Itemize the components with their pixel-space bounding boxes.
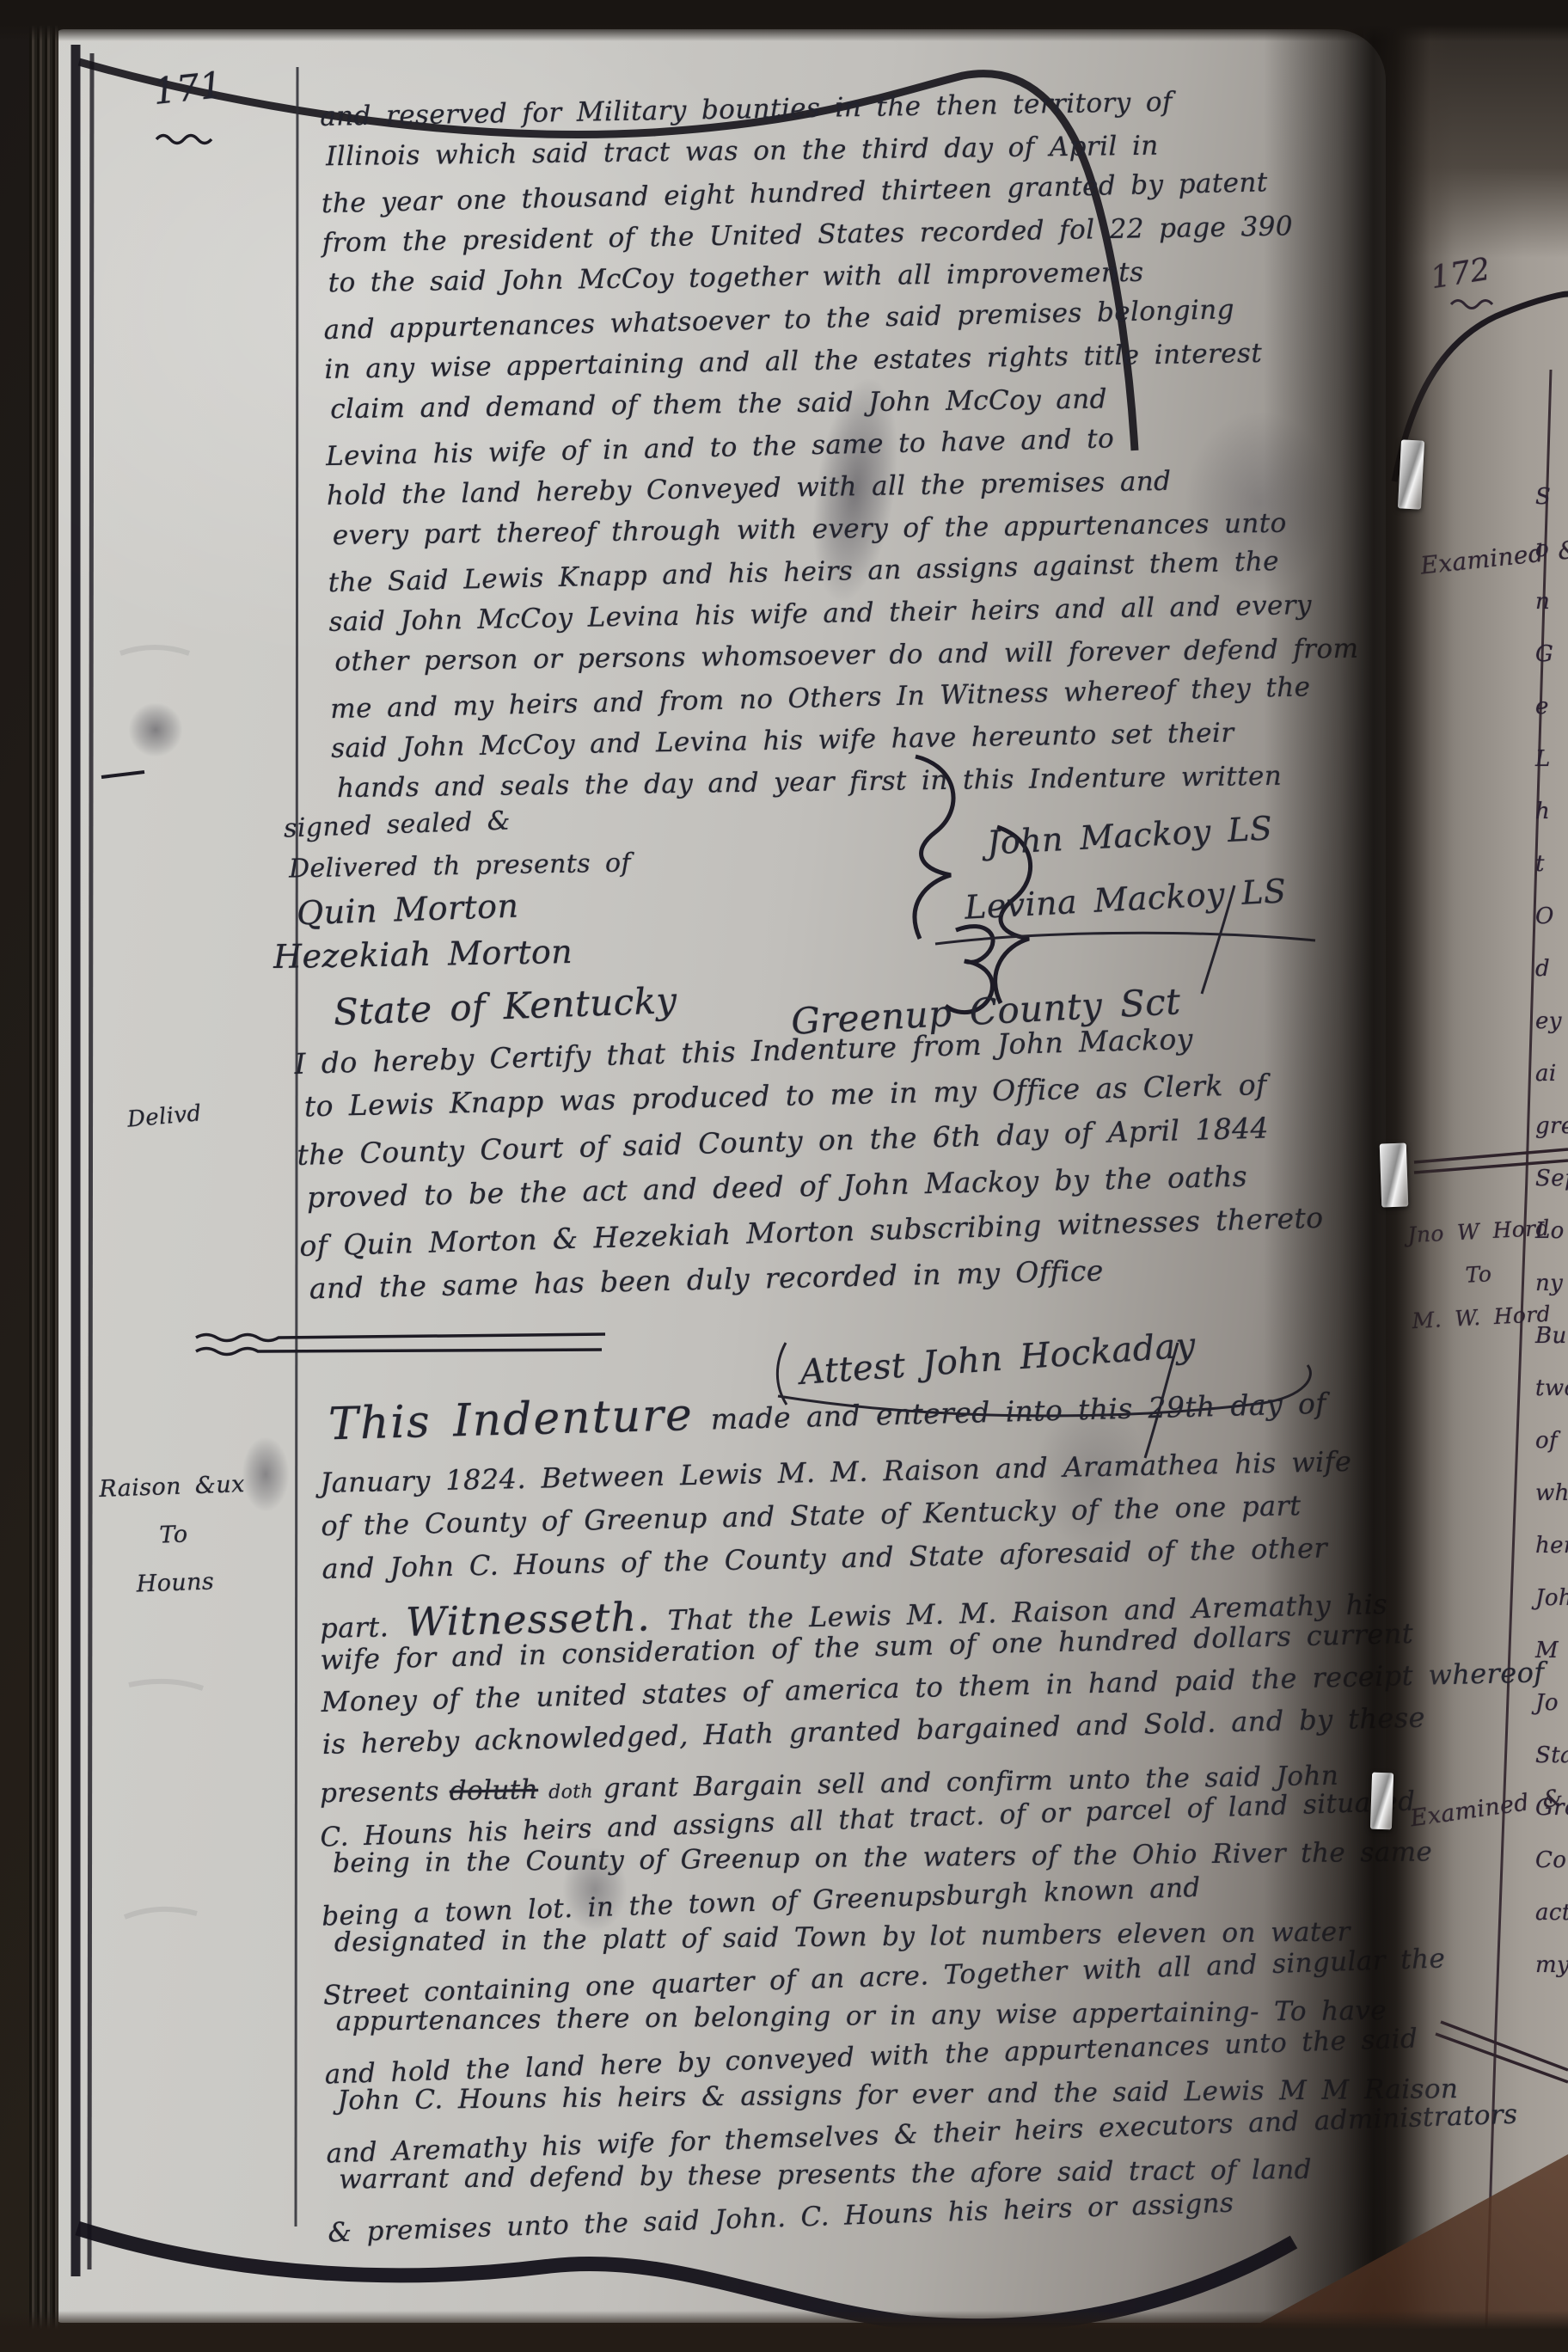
witness-name: Quin Morton <box>296 887 519 933</box>
cutoff-fragment: gre <box>1535 1100 1568 1153</box>
cutoff-fragment: ey <box>1535 995 1568 1048</box>
cutoff-fragment: d <box>1535 943 1568 995</box>
record2-text-a: January 1824. Between Lewis M. M. Raison… <box>320 1445 1354 1596</box>
margin-note-parties: Raison &uxToHouns <box>94 1461 254 1610</box>
cutoff-fragment: e <box>1535 681 1568 733</box>
cutoff-fragment: of <box>1535 1415 1568 1467</box>
interlined-word: doth <box>548 1781 593 1804</box>
cutoff-fragment: my <box>1535 1939 1568 1992</box>
page-number-left: 171 <box>151 64 225 113</box>
binding-clip <box>1398 439 1424 509</box>
photo-edge-bottom <box>0 2311 1568 2352</box>
record2-opening-words: This Indenture <box>328 1389 694 1450</box>
certificate-text: I do hereby Certify that this Indenture … <box>294 1017 1371 1320</box>
cutoff-fragment: Lo <box>1535 1205 1568 1258</box>
cutoff-fragment: Bu <box>1535 1310 1568 1363</box>
margin-note-line: Houns <box>97 1557 254 1610</box>
record1-text: and reserved for Military bounties in th… <box>320 83 1376 818</box>
cutoff-fragment: act <box>1535 1887 1568 1939</box>
margin-note-line: Jno W Hord <box>1406 1207 1546 1257</box>
cutoff-fragment: Co <box>1535 1834 1568 1887</box>
margin-note-hord: Jno W HordToM. W. Hord <box>1406 1207 1551 1343</box>
margin-note-line: To <box>95 1509 252 1562</box>
struck-word: doluth <box>450 1774 539 1807</box>
cutoff-fragment: M <box>1535 1625 1568 1677</box>
right-page-number-underline <box>1451 301 1492 309</box>
page-number-underline <box>156 136 211 144</box>
cutoff-fragment: ny <box>1535 1258 1568 1310</box>
witness-clause-line2: Delivered th presents of <box>289 848 632 885</box>
deed-book-photo: 171 and reserved for Military bounties i… <box>0 0 1568 2352</box>
record2-text-b2: C. Houns his heirs and assigns all that … <box>320 1791 1520 2249</box>
cutoff-fragment: t <box>1535 838 1568 891</box>
cutoff-fragment: G <box>1535 628 1568 681</box>
photo-edge-top <box>0 0 1568 41</box>
margin-dash <box>101 772 144 777</box>
binding-clip <box>1370 1773 1393 1830</box>
cutoff-fragment: here <box>1535 1520 1568 1572</box>
next-page-cutoff-text: SonGeLhtOdeyaigreSepLonyButwoofwhhereJoh… <box>1535 471 1568 1992</box>
margin-note-line: M. W. Hord <box>1411 1293 1550 1343</box>
cutoff-fragment: L <box>1535 733 1568 786</box>
cutoff-fragment: S <box>1535 471 1568 524</box>
margin-note-line: To <box>1409 1250 1548 1300</box>
cutoff-fragment: h <box>1535 786 1568 838</box>
cutoff-fragment: wh <box>1535 1467 1568 1520</box>
record-divider <box>196 1334 605 1355</box>
margin-note-line: Raison &ux <box>94 1461 250 1514</box>
witnesseth-pre: part. <box>320 1610 389 1645</box>
cutoff-fragment: ai <box>1535 1048 1568 1100</box>
cutoff-fragment: two <box>1535 1363 1568 1415</box>
correction-pre: presents <box>320 1776 439 1809</box>
left-border-inner <box>89 53 92 2269</box>
cutoff-fragment: Jo <box>1535 1677 1568 1730</box>
show-through-marks <box>120 647 203 1917</box>
cutoff-fragment: Joh <box>1535 1572 1568 1625</box>
cutoff-fragment: O <box>1535 891 1568 943</box>
cutoff-fragment: o <box>1535 524 1568 576</box>
cutoff-fragment: Sep <box>1535 1153 1568 1205</box>
witness-name: Hezekiah Morton <box>273 933 573 976</box>
binding-clip <box>1380 1142 1409 1207</box>
cutoff-fragment: Gre <box>1535 1782 1568 1834</box>
cutoff-fragment: n <box>1535 576 1568 628</box>
cutoff-fragment: Sta <box>1535 1730 1568 1782</box>
